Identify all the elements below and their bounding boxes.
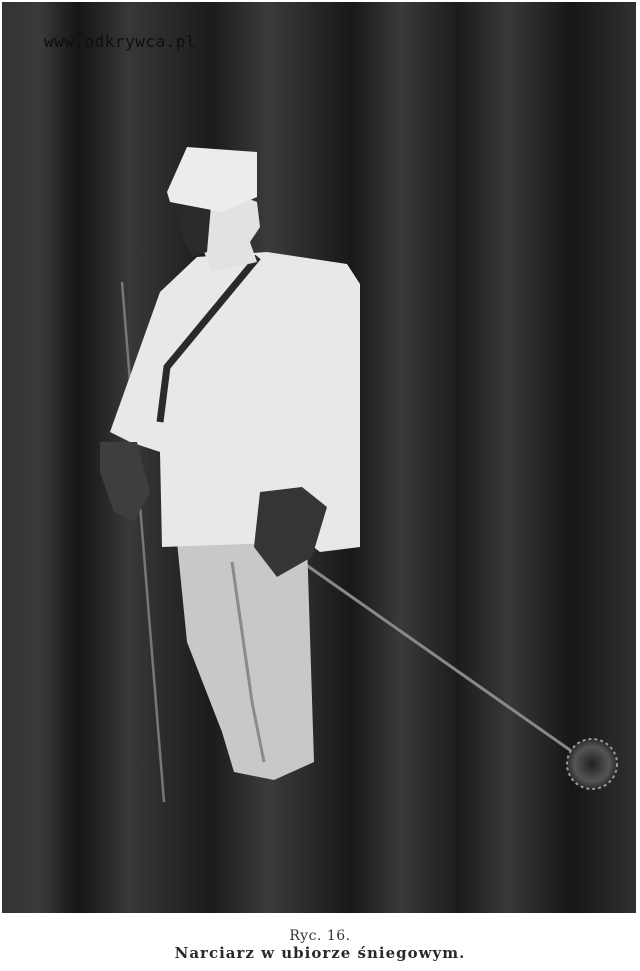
ski-pole-basket [567, 739, 617, 789]
figure-number: Ryc. 16. [0, 928, 640, 944]
photo-scene [2, 2, 636, 913]
figure-caption: Narciarz w ubiorze śniegowym. [0, 944, 640, 962]
photograph: www.odkrywca.pl [2, 2, 636, 913]
watermark: www.odkrywca.pl [44, 32, 196, 51]
